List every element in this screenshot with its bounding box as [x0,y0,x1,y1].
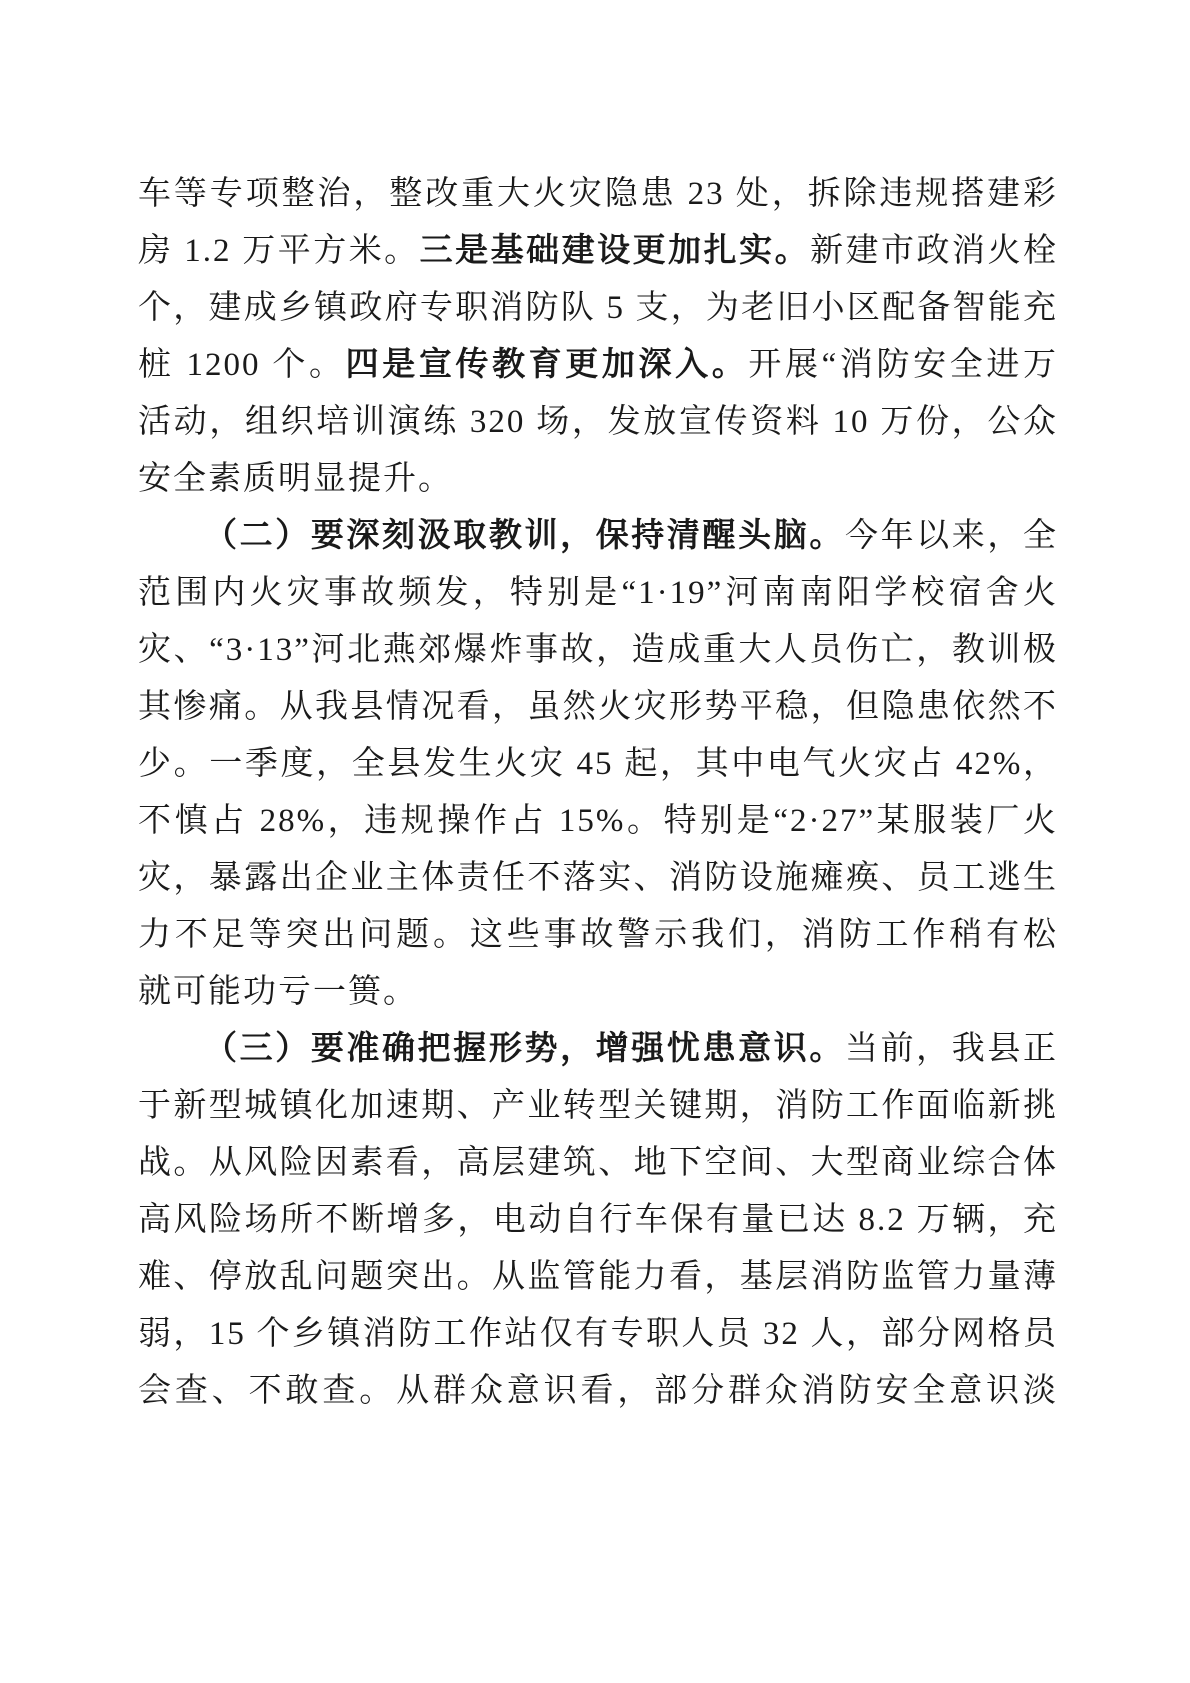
text-run: 不慎占 28%，违规操作占 15%。特别是“2·27”某服装厂火 [138,803,1058,839]
text-line: 车等专项整治，整改重大火灾隐患 23 处，拆除违规搭建彩钢板 [138,166,1058,223]
text-run-bold: 四是宣传教育更加深入。 [346,347,749,383]
text-run: 房 1.2 万平方米。 [138,233,420,269]
text-line: （三）要准确把握形势，增强忧患意识。当前，我县正处 [138,1021,1058,1078]
text-line: 灾、“3·13”河北燕郊爆炸事故，造成重大人员伤亡，教训极 [138,622,1058,679]
text-line: 其惨痛。从我县情况看，虽然火灾形势平稳，但隐患依然不 [138,679,1058,736]
paragraph-section-2: （二）要深刻汲取教训，保持清醒头脑。今年以来，全国范围内火灾事故频发，特别是“1… [138,508,1058,1021]
text-run: 少。一季度，全县发生火灾 45 起，其中电气火灾占 42%，用火 [138,746,1058,793]
text-line: 桩 1200 个。四是宣传教育更加深入。开展“消防安全进万家” [138,337,1058,394]
text-line: 就可能功亏一篑。 [138,964,1058,1021]
text-run: 活动，组织培训演练 320 场，发放宣传资料 10 万份，公众消防 [138,404,1058,451]
text-run: 桩 1200 个。 [138,347,346,383]
text-run: 会查、不敢查。从群众意识看，部分群众消防安全意识淡薄， [138,1373,1058,1420]
text-line: 高风险场所不断增多，电动自行车保有量已达 8.2 万辆，充电 [138,1192,1058,1249]
text-run: 车等专项整治，整改重大火灾隐患 23 处，拆除违规搭建彩钢板 [138,176,1058,223]
text-line: 房 1.2 万平方米。三是基础建设更加扎实。新建市政消火栓 85 [138,223,1058,280]
text-run: 灾，暴露出企业主体责任不落实、消防设施瘫痪、员工逃生能 [138,860,1058,907]
text-line: 范围内火灾事故频发，特别是“1·19”河南南阳学校宿舍火 [138,565,1058,622]
paragraph-continuation: 车等专项整治，整改重大火灾隐患 23 处，拆除违规搭建彩钢板房 1.2 万平方米… [138,166,1058,508]
text-line: 个，建成乡镇政府专职消防队 5 支，为老旧小区配备智能充电 [138,280,1058,337]
text-run: 就可能功亏一篑。 [138,974,418,1010]
text-run: 灾、“3·13”河北燕郊爆炸事故，造成重大人员伤亡，教训极 [138,632,1058,668]
text-line: 少。一季度，全县发生火灾 45 起，其中电气火灾占 42%，用火 [138,736,1058,793]
text-run-bold: （二）要深刻汲取教训，保持清醒头脑。 [204,518,845,554]
text-run: 难、停放乱问题突出。从监管能力看，基层消防监管力量薄 [138,1259,1058,1295]
text-line: 灾，暴露出企业主体责任不落实、消防设施瘫痪、员工逃生能 [138,850,1058,907]
text-line: 力不足等突出问题。这些事故警示我们，消防工作稍有松懈， [138,907,1058,964]
text-run: 力不足等突出问题。这些事故警示我们，消防工作稍有松懈， [138,917,1058,964]
document-body: 车等专项整治，整改重大火灾隐患 23 处，拆除违规搭建彩钢板房 1.2 万平方米… [138,166,1058,1420]
text-line: 战。从风险因素看，高层建筑、地下空间、大型商业综合体等 [138,1135,1058,1192]
text-line: 弱，15 个乡镇消防工作站仅有专职人员 32 人，部分网格员不 [138,1306,1058,1363]
text-run: 于新型城镇化加速期、产业转型关键期，消防工作面临新挑 [138,1088,1058,1124]
text-line: 不慎占 28%，违规操作占 15%。特别是“2·27”某服装厂火 [138,793,1058,850]
text-line: 会查、不敢查。从群众意识看，部分群众消防安全意识淡薄， [138,1363,1058,1420]
text-line: （二）要深刻汲取教训，保持清醒头脑。今年以来，全国 [138,508,1058,565]
text-run: 范围内火灾事故频发，特别是“1·19”河南南阳学校宿舍火 [138,575,1058,611]
text-run-bold: 三是基础建设更加扎实。 [420,233,810,269]
text-run: 弱，15 个乡镇消防工作站仅有专职人员 32 人，部分网格员不 [138,1316,1058,1363]
paragraph-section-3: （三）要准确把握形势，增强忧患意识。当前，我县正处于新型城镇化加速期、产业转型关… [138,1021,1058,1420]
text-run-bold: （三）要准确把握形势，增强忧患意识。 [204,1031,845,1067]
text-run: 高风险场所不断增多，电动自行车保有量已达 8.2 万辆，充电 [138,1202,1058,1249]
document-page: 车等专项整治，整改重大火灾隐患 23 处，拆除违规搭建彩钢板房 1.2 万平方米… [0,0,1190,1683]
text-line: 难、停放乱问题突出。从监管能力看，基层消防监管力量薄 [138,1249,1058,1306]
text-run: 安全素质明显提升。 [138,461,453,497]
text-run: 个，建成乡镇政府专职消防队 5 支，为老旧小区配备智能充电 [138,290,1058,337]
text-line: 活动，组织培训演练 320 场，发放宣传资料 10 万份，公众消防 [138,394,1058,451]
text-line: 于新型城镇化加速期、产业转型关键期，消防工作面临新挑 [138,1078,1058,1135]
text-run: 其惨痛。从我县情况看，虽然火灾形势平稳，但隐患依然不 [138,689,1058,725]
text-line: 安全素质明显提升。 [138,451,1058,508]
text-run: 战。从风险因素看，高层建筑、地下空间、大型商业综合体等 [138,1145,1058,1192]
